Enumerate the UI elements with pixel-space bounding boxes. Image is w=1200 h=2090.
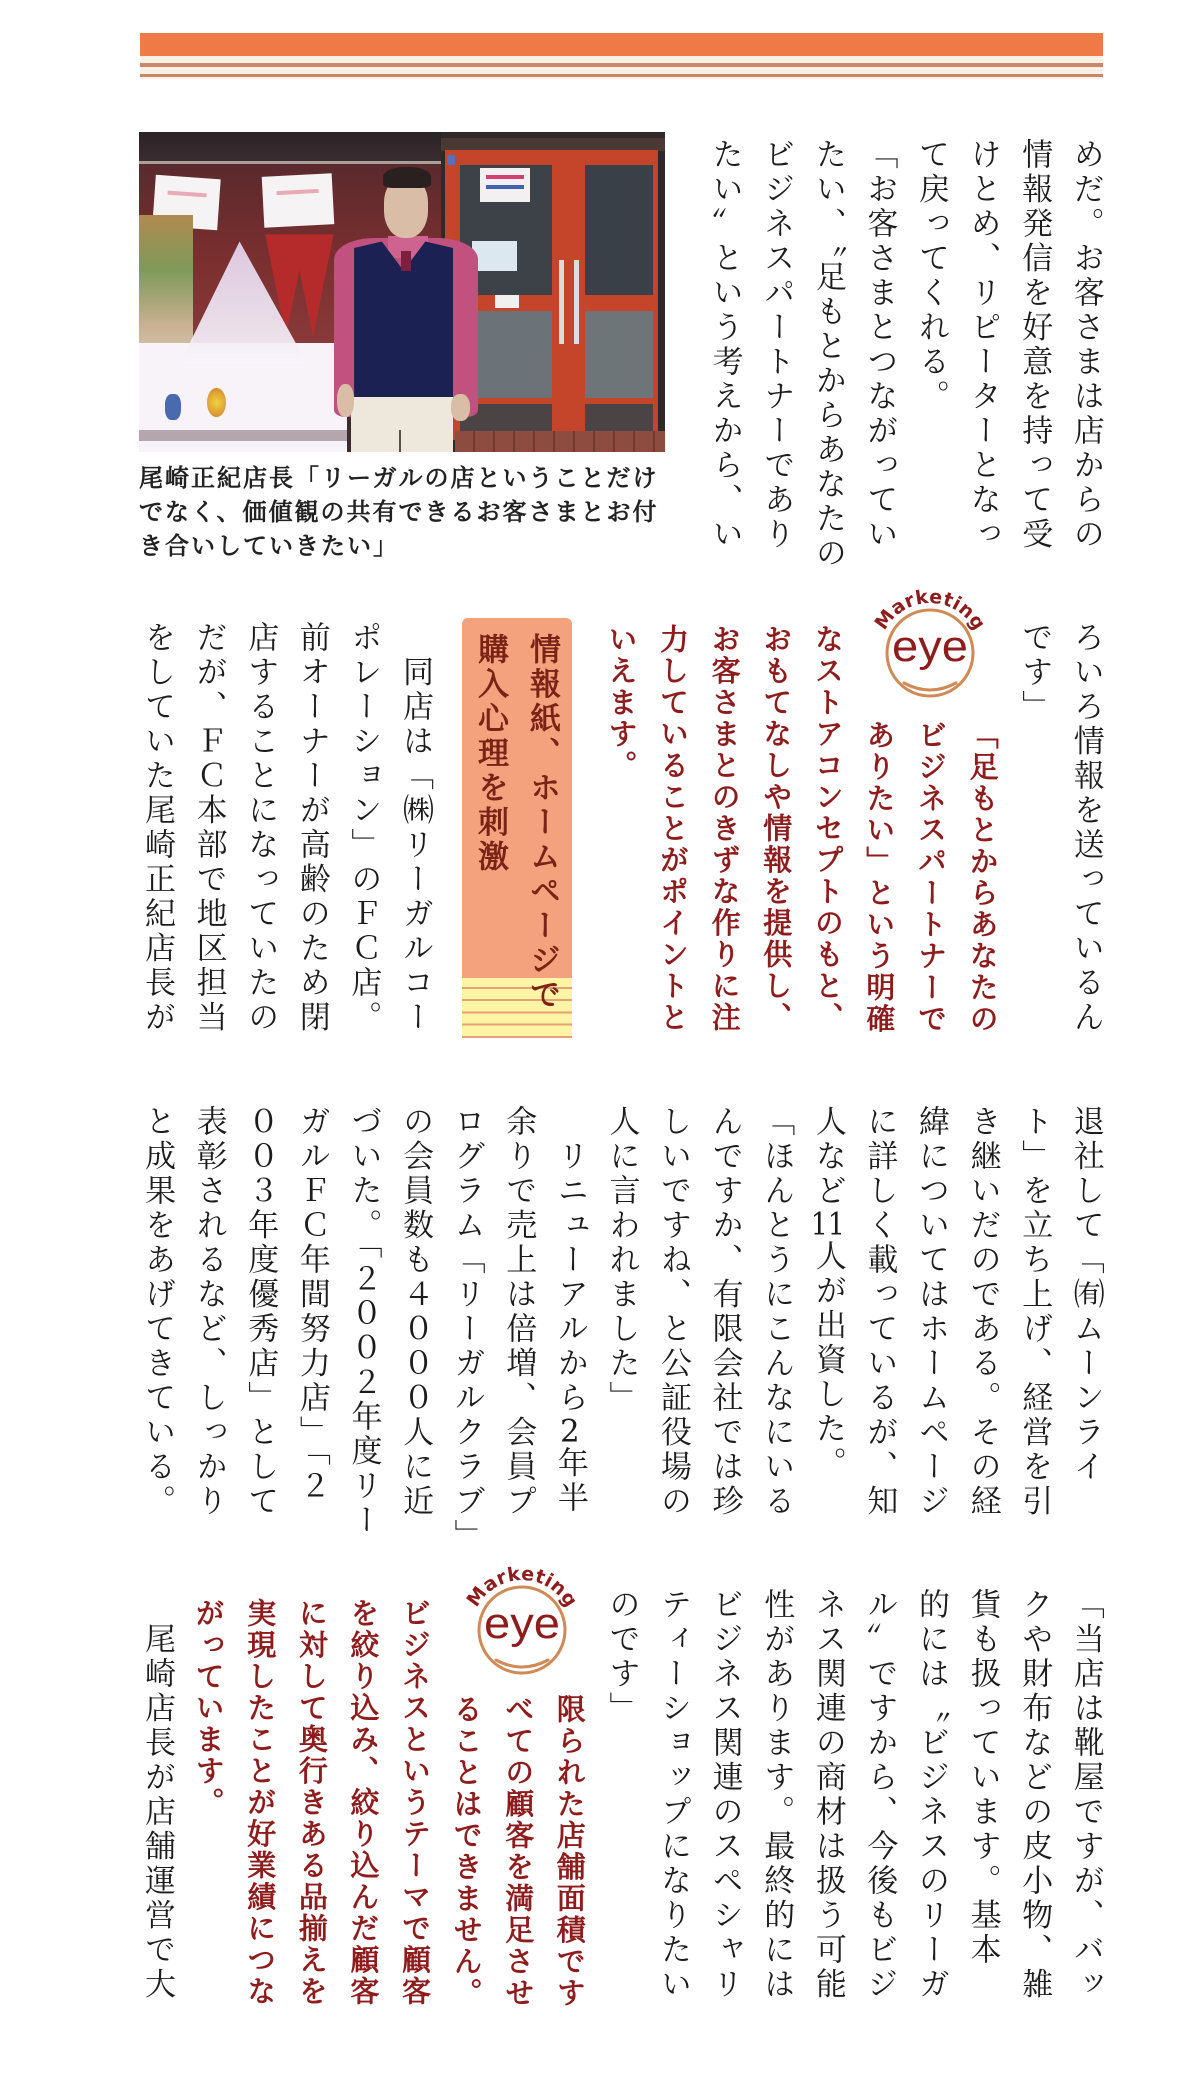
text-column: 同店は「㈱リーガルコー bbox=[388, 621, 440, 1061]
text-column: のです」 bbox=[595, 1588, 647, 2028]
photo-door-kickplate bbox=[585, 404, 654, 433]
commentary-column: べての顧客を満足させ bbox=[492, 1598, 544, 2038]
text-column: クや財布などの皮小物、雑 bbox=[1008, 1588, 1060, 2028]
text-column: 表彰されるなど、しっかり bbox=[182, 1105, 234, 1545]
commentary-column: 「足もとからあなたの bbox=[956, 624, 1008, 1064]
photo-door-sticker bbox=[447, 155, 455, 165]
caption-line: 尾崎正紀店長「リーガルの店ということだけ bbox=[139, 461, 679, 495]
photo-door-poster bbox=[472, 241, 517, 271]
photo-man-tie bbox=[401, 251, 412, 271]
text-column: 余りで売上は倍増、会員プ bbox=[492, 1105, 544, 1545]
photo-sign-lettering bbox=[168, 191, 207, 198]
commentary-column: 力していることがポイントと bbox=[646, 624, 698, 1064]
text-column: ティーショップになりたい bbox=[646, 1588, 698, 2028]
photo-notice-lettering bbox=[486, 175, 524, 179]
text-column: ビジネスパートナーであり bbox=[750, 138, 802, 578]
body-text-block: めだ。お客さまは店からの 情報発信を好意を持って受 けとめ、リピーターとなっ て… bbox=[698, 138, 1111, 578]
photo-trouser-crease bbox=[399, 430, 401, 452]
marketing-eye-commentary: 限られた店舗面積です べての顧客を満足させ ることはできません。 ビジネスという… bbox=[182, 1598, 595, 2038]
photo-man-hand bbox=[337, 384, 354, 417]
text-column: しいですね、と公証役場の bbox=[646, 1105, 698, 1545]
photo-notice-lettering bbox=[486, 185, 524, 189]
header-stripe-line bbox=[140, 74, 1103, 77]
text-column: 人に言われました」 bbox=[595, 1105, 647, 1545]
body-text-block: 尾崎店長が店舗運営で大 bbox=[130, 1588, 182, 2028]
text-column: んですか、有限会社では珍 bbox=[698, 1105, 750, 1545]
text-column: ビジネス関連のスペシャリ bbox=[698, 1588, 750, 2028]
text-column: ガルＦＣ年間努力店」「２ bbox=[285, 1105, 337, 1545]
commentary-column: に対して奥行きある品揃えを bbox=[285, 1598, 337, 2038]
caption-line: き合いしていきたい」 bbox=[139, 529, 679, 563]
header-stripe-band bbox=[140, 33, 1103, 56]
photo-door-handle bbox=[559, 260, 564, 344]
text-column: 退社して「㈲ムーンライ bbox=[1059, 1105, 1111, 1545]
store-manager-photo bbox=[139, 132, 665, 452]
text-column: ００３年度優秀店」として bbox=[234, 1105, 286, 1545]
commentary-column: おもてなしや情報を提供し、 bbox=[750, 624, 802, 1064]
commentary-column: お客さまとのきずな作りに注 bbox=[698, 624, 750, 1064]
commentary-column: ビジネスというテーマで顧客 bbox=[388, 1598, 440, 2038]
text-column: に詳しく載っているが、知 bbox=[853, 1105, 905, 1545]
photo-display-item bbox=[165, 394, 181, 420]
text-column: づいた。「２００２年度リー bbox=[337, 1105, 389, 1545]
photo-man-hand bbox=[451, 394, 469, 421]
commentary-column: ることはできません。 bbox=[440, 1598, 492, 2038]
photo-sign-lettering bbox=[277, 189, 319, 195]
photo-caption: 尾崎正紀店長「リーガルの店ということだけ でなく、価値観の共有できるお客さまとお… bbox=[139, 461, 679, 563]
commentary-column: を絞り込み、絞り込んだ顧客 bbox=[337, 1598, 389, 2038]
photo-counter-edge bbox=[139, 430, 347, 441]
text-column: ト」を立ち上げ、経営を引 bbox=[1008, 1105, 1060, 1545]
photo-door-handle bbox=[574, 260, 579, 344]
photo-door-glass bbox=[585, 311, 654, 397]
photo-man-hair bbox=[383, 167, 432, 188]
text-column: 「ほんとうにこんなにいる bbox=[750, 1105, 802, 1545]
text-column: ログラム「リーガルクラブ」 bbox=[440, 1105, 492, 1545]
text-column: たい、〝足もとからあなたの bbox=[801, 138, 853, 578]
text-column: と成果をあげてきている。 bbox=[131, 1105, 183, 1545]
commentary-column: いえます。 bbox=[595, 624, 647, 1064]
heading-line: 情報紙、ホームページで bbox=[516, 633, 568, 1033]
commentary-column: なストアコンセプトのもと、 bbox=[801, 624, 853, 1064]
header-stripe-line bbox=[140, 63, 1103, 67]
text-column: 的には〝ビジネスのリーガ bbox=[904, 1588, 956, 2028]
photo-shelf-band bbox=[139, 132, 444, 166]
photo-door-paper bbox=[495, 295, 519, 308]
text-column: 店することになっていたの bbox=[234, 621, 286, 1061]
magazine-page: 尾崎正紀店長「リーガルの店ということだけ でなく、価値観の共有できるお客さまとお… bbox=[0, 0, 1200, 2090]
text-column: て戻ってくれる。 bbox=[904, 138, 956, 578]
photo-door-notice bbox=[480, 168, 530, 201]
body-text-block: 同店は「㈱リーガルコー ポレーション」のＦＣ店。 前オーナーが高齢のため閉 店す… bbox=[130, 621, 440, 1061]
text-column: たい〟という考えから、い bbox=[698, 138, 750, 578]
commentary-column: 限られた店舗面積です bbox=[543, 1598, 595, 2038]
text-column: 前オーナーが高齢のため閉 bbox=[285, 621, 337, 1061]
text-column: 尾崎店長が店舗運営で大 bbox=[130, 1588, 182, 2028]
text-column: 情報発信を好意を持って受 bbox=[1008, 138, 1060, 578]
text-column: 「お客さまとつながってい bbox=[853, 138, 905, 578]
text-column: リニューアルから2年半 bbox=[543, 1105, 595, 1545]
section-heading: 情報紙、ホームページで 購入心理を刺激 bbox=[464, 633, 568, 1033]
commentary-column: がっています。 bbox=[182, 1598, 234, 2038]
marketing-eye-commentary: 「足もとからあなたの ビジネスパートナーで ありたい」という明確 なストアコンセ… bbox=[595, 624, 1008, 1064]
text-column: けとめ、リピーターとなっ bbox=[956, 138, 1008, 578]
text-column: き継いだのである。その経 bbox=[956, 1105, 1008, 1545]
commentary-column: ありたい」という明確 bbox=[853, 624, 905, 1064]
text-column: だが、ＦＣ本部で地区担当 bbox=[182, 621, 234, 1061]
commentary-column: 実現したことが好業績につな bbox=[234, 1598, 286, 2038]
section-heading-box: 情報紙、ホームページで 購入心理を刺激 bbox=[462, 618, 572, 1038]
text-column: ネス関連の商材は扱う可能 bbox=[801, 1588, 853, 2028]
text-column: 人など11人が出資した。 bbox=[801, 1105, 853, 1545]
heading-line: 購入心理を刺激 bbox=[464, 633, 516, 1033]
caption-line: でなく、価値観の共有できるお客さまとお付 bbox=[139, 495, 679, 529]
photo-window-sign bbox=[262, 173, 335, 228]
text-column: 緯についてはホームページ bbox=[904, 1105, 956, 1545]
text-column: をしていた尾崎正紀店長が bbox=[130, 621, 182, 1061]
photo-door-glass bbox=[585, 165, 654, 294]
photo-display-item bbox=[207, 388, 225, 417]
body-text-block: ろいろ情報を送っているん です」 bbox=[1008, 621, 1111, 1061]
text-column: 性があります。最終的には bbox=[750, 1588, 802, 2028]
text-column: 「当店は靴屋ですが、バッ bbox=[1059, 1588, 1111, 2028]
photo-brick-floor bbox=[455, 431, 665, 452]
text-column: です」 bbox=[1008, 621, 1060, 1061]
body-text-block: 退社して「㈲ムーンライ ト」を立ち上げ、経営を引 き継いだのである。その経 緯に… bbox=[130, 1105, 1110, 1545]
text-column: ろいろ情報を送っているん bbox=[1059, 621, 1111, 1061]
body-text-block: 「当店は靴屋ですが、バッ クや財布などの皮小物、雑 貨も扱っています。基本 的に… bbox=[595, 1588, 1111, 2028]
text-column: ル〟ですから、今後もビジ bbox=[853, 1588, 905, 2028]
text-column: めだ。お客さまは店からの bbox=[1059, 138, 1111, 578]
text-column: の会員数も４０００人に近 bbox=[388, 1105, 440, 1545]
text-column: 貨も扱っています。基本 bbox=[956, 1588, 1008, 2028]
text-column: ポレーション」のＦＣ店。 bbox=[337, 621, 389, 1061]
photo-man-trousers bbox=[351, 397, 453, 452]
commentary-column: ビジネスパートナーで bbox=[904, 624, 956, 1064]
